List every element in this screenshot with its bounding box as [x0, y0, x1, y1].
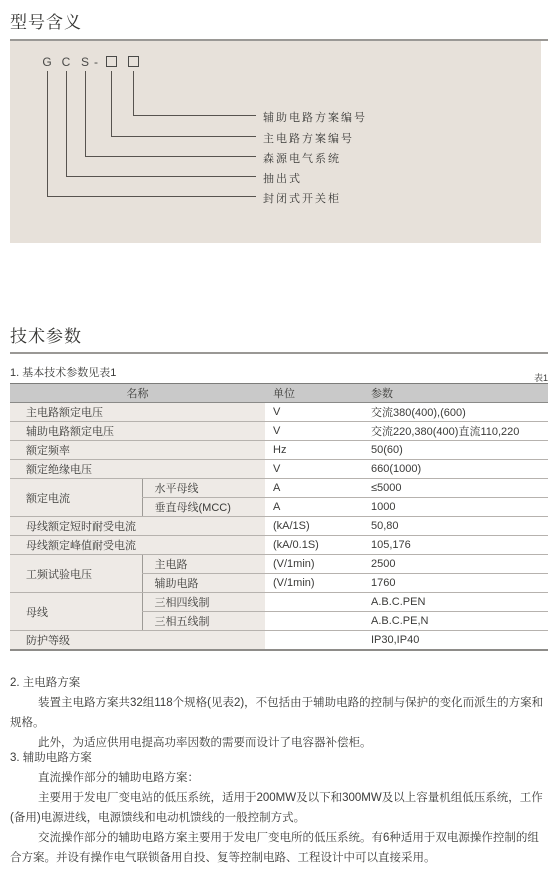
cell-param: 50(60): [365, 441, 548, 460]
cell-name: 辅助电路额定电压: [10, 422, 265, 441]
col-header-param: 参数: [365, 384, 548, 403]
cell-param: 660(1000): [365, 460, 548, 479]
label-senyuan-electric: 森源电气系统: [263, 150, 341, 166]
cell-group: 额定电流: [10, 479, 142, 517]
label-aux-circuit-scheme-no: 辅助电路方案编号: [263, 109, 367, 125]
cell-name: 额定绝缘电压: [10, 460, 265, 479]
aux-circuit-para-1: 直流操作部分的辅助电路方案：: [10, 768, 548, 788]
table-row: 母线额定短时耐受电流 (kA/1S) 50,80: [10, 517, 548, 536]
table-header-row: 名称 单位 参数: [10, 384, 548, 403]
cell-unit: (V/1min): [265, 555, 365, 574]
cell-param: 1000: [365, 498, 548, 517]
cell-unit: [265, 593, 365, 612]
cell-name: 母线额定短时耐受电流: [10, 517, 265, 536]
aux-circuit-heading: 3. 辅助电路方案: [10, 748, 548, 768]
cell-name: 母线额定峰值耐受电流: [10, 536, 265, 555]
table-row: 母线 三相四线制 A.B.C.PEN: [10, 593, 548, 612]
cell-param: IP30,IP40: [365, 631, 548, 650]
cell-param: 交流380(400),(600): [365, 403, 548, 422]
cell-unit: (V/1min): [265, 574, 365, 593]
cell-param: A.B.C.PE,N: [365, 612, 548, 631]
cell-subname: 三相四线制: [142, 593, 265, 612]
cell-subname: 辅助电路: [142, 574, 265, 593]
table-row: 辅助电路额定电压 V 交流220,380(400)直流110,220: [10, 422, 548, 441]
cell-name: 防护等级: [10, 631, 265, 650]
model-box-placeholder-2: [128, 56, 139, 67]
model-letter-c: C: [61, 55, 71, 69]
cell-param: 50,80: [365, 517, 548, 536]
table-row: 额定电流 水平母线 A ≤5000: [10, 479, 548, 498]
model-box-placeholder-1: [106, 56, 117, 67]
basic-tech-params-table: 名称 单位 参数 主电路额定电压 V 交流380(400),(600) 辅助电路…: [10, 383, 548, 651]
label-main-circuit-scheme-no: 主电路方案编号: [263, 130, 354, 146]
cell-unit: V: [265, 422, 365, 441]
cell-unit: [265, 631, 365, 650]
cell-subname: 垂直母线(MCC): [142, 498, 265, 517]
cell-unit: (kA/0.1S): [265, 536, 365, 555]
cell-unit: A: [265, 498, 365, 517]
model-dash: -: [91, 55, 101, 69]
cell-group: 工频试验电压: [10, 555, 142, 593]
cell-subname: 三相五线制: [142, 612, 265, 631]
cell-name: 额定频率: [10, 441, 265, 460]
aux-circuit-para-3: 交流操作部分的辅助电路方案主要用于发电厂变电所的低压系统。有6种适用于双电源操作…: [10, 828, 548, 868]
cell-unit: A: [265, 479, 365, 498]
table-row: 额定绝缘电压 V 660(1000): [10, 460, 548, 479]
title-divider-2: [10, 352, 548, 354]
col-header-unit: 单位: [265, 384, 365, 403]
cell-param: A.B.C.PEN: [365, 593, 548, 612]
connector-enclosed: [47, 71, 256, 197]
cell-subname: 主电路: [142, 555, 265, 574]
model-designation-diagram: G C S - 辅助电路方案编号 主电路方案编号 森源电气系统 抽出式 封闭式开…: [10, 41, 541, 243]
section-title-tech-params: 技术参数: [10, 322, 82, 347]
cell-unit: (kA/1S): [265, 517, 365, 536]
main-circuit-scheme-section: 2. 主电路方案 装置主电路方案共32组118个规格(见表2)，不包括由于辅助电…: [10, 673, 548, 753]
table-row: 母线额定峰值耐受电流 (kA/0.1S) 105,176: [10, 536, 548, 555]
cell-param: 1760: [365, 574, 548, 593]
aux-circuit-scheme-section: 3. 辅助电路方案 直流操作部分的辅助电路方案： 主要用于发电厂变电站的低压系统…: [10, 748, 548, 868]
cell-param: 105,176: [365, 536, 548, 555]
cell-param: 2500: [365, 555, 548, 574]
model-letter-s: S: [80, 55, 90, 69]
main-circuit-para-1: 装置主电路方案共32组118个规格(见表2)，不包括由于辅助电路的控制与保护的变…: [10, 693, 548, 733]
cell-group: 母线: [10, 593, 142, 631]
table-row: 主电路额定电压 V 交流380(400),(600): [10, 403, 548, 422]
label-drawout-type: 抽出式: [263, 170, 302, 186]
cell-unit: Hz: [265, 441, 365, 460]
table-row: 额定频率 Hz 50(60): [10, 441, 548, 460]
cell-unit: V: [265, 460, 365, 479]
cell-unit: [265, 612, 365, 631]
model-letter-g: G: [42, 55, 52, 69]
cell-unit: V: [265, 403, 365, 422]
section-title-model-meaning: 型号含义: [10, 8, 82, 33]
main-circuit-heading: 2. 主电路方案: [10, 673, 548, 693]
aux-circuit-para-2: 主要用于发电厂变电站的低压系统，适用于200MW及以下和300MW及以上容量机组…: [10, 788, 548, 828]
cell-param: ≤5000: [365, 479, 548, 498]
table-row: 防护等级 IP30,IP40: [10, 631, 548, 650]
table-row: 工频试验电压 主电路 (V/1min) 2500: [10, 555, 548, 574]
label-enclosed-switchgear: 封闭式开关柜: [263, 190, 341, 206]
cell-param: 交流220,380(400)直流110,220: [365, 422, 548, 441]
table-caption: 1. 基本技术参数见表1: [10, 364, 116, 380]
cell-subname: 水平母线: [142, 479, 265, 498]
col-header-name: 名称: [10, 384, 265, 403]
cell-name: 主电路额定电压: [10, 403, 265, 422]
